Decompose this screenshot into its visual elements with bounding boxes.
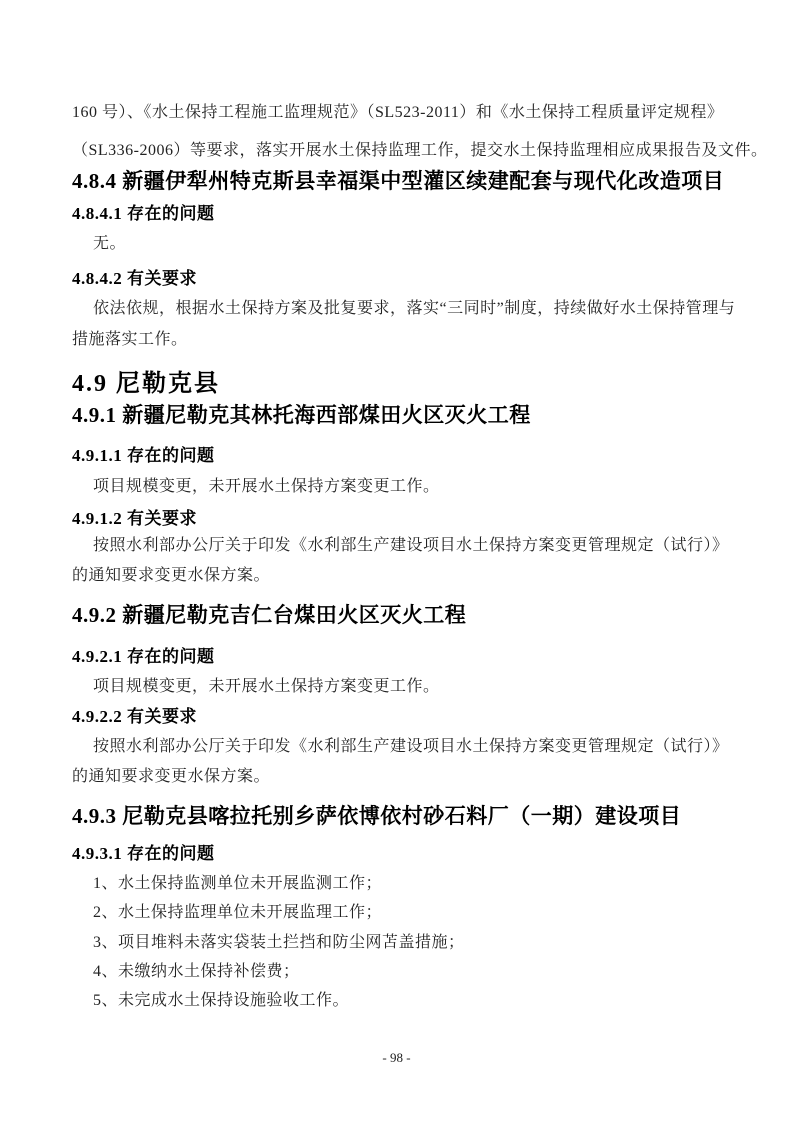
body-line: 5、未完成水土保持设施验收工作。 [72,991,748,1011]
body-line: 无。 [72,234,748,254]
body-line: 按照水利部办公厅关于印发《水利部生产建设项目水土保持方案变更管理规定（试行）》 [72,536,748,556]
body-line: 的通知要求变更水保方案。 [72,566,727,586]
body-line: 的通知要求变更水保方案。 [72,767,727,787]
body-line: 3、项目堆料未落实袋装土拦挡和防尘网苫盖措施； [72,933,748,953]
document-page: 160 号）、《水土保持工程施工监理规范》（SL523-2011）和《水土保持工… [0,0,793,1122]
body-line: 措施落实工作。 [72,330,727,350]
heading-level-4: 4.8.4.2 有关要求 [72,268,727,289]
page-number: - 98 - [0,1050,793,1066]
heading-level-3: 4.9.3 尼勒克县喀拉托别乡萨依博依村砂石料厂（一期）建设项目 [72,803,727,829]
heading-level-4: 4.9.2.1 存在的问题 [72,646,727,667]
document-text-block: 160 号）、《水土保持工程施工监理规范》（SL523-2011）和《水土保持工… [72,0,727,1122]
body-line: 1、水土保持监测单位未开展监测工作； [72,874,748,894]
body-line: 依法依规，根据水土保持方案及批复要求，落实“三同时”制度，持续做好水土保持管理与 [72,299,748,319]
body-line: 2、水土保持监理单位未开展监理工作； [72,903,748,923]
heading-level-3: 4.9.1 新疆尼勒克其林托海西部煤田火区灭火工程 [72,402,727,428]
heading-level-3: 4.8.4 新疆伊犁州特克斯县幸福渠中型灌区续建配套与现代化改造项目 [72,168,727,194]
body-line: 160 号）、《水土保持工程施工监理规范》（SL523-2011）和《水土保持工… [72,103,727,123]
heading-level-2: 4.9 尼勒克县 [72,369,727,399]
heading-level-4: 4.9.2.2 有关要求 [72,706,727,727]
heading-level-4: 4.9.1.2 有关要求 [72,508,727,529]
body-line: 项目规模变更，未开展水土保持方案变更工作。 [72,477,748,497]
body-line: 项目规模变更，未开展水土保持方案变更工作。 [72,677,748,697]
heading-level-3: 4.9.2 新疆尼勒克吉仁台煤田火区灭火工程 [72,602,727,628]
body-line: （SL336-2006）等要求，落实开展水土保持监理工作，提交水土保持监理相应成… [72,141,727,161]
body-line: 4、未缴纳水土保持补偿费； [72,962,748,982]
heading-level-4: 4.9.1.1 存在的问题 [72,445,727,466]
body-line: 按照水利部办公厅关于印发《水利部生产建设项目水土保持方案变更管理规定（试行）》 [72,737,748,757]
heading-level-4: 4.8.4.1 存在的问题 [72,203,727,224]
heading-level-4: 4.9.3.1 存在的问题 [72,843,727,864]
